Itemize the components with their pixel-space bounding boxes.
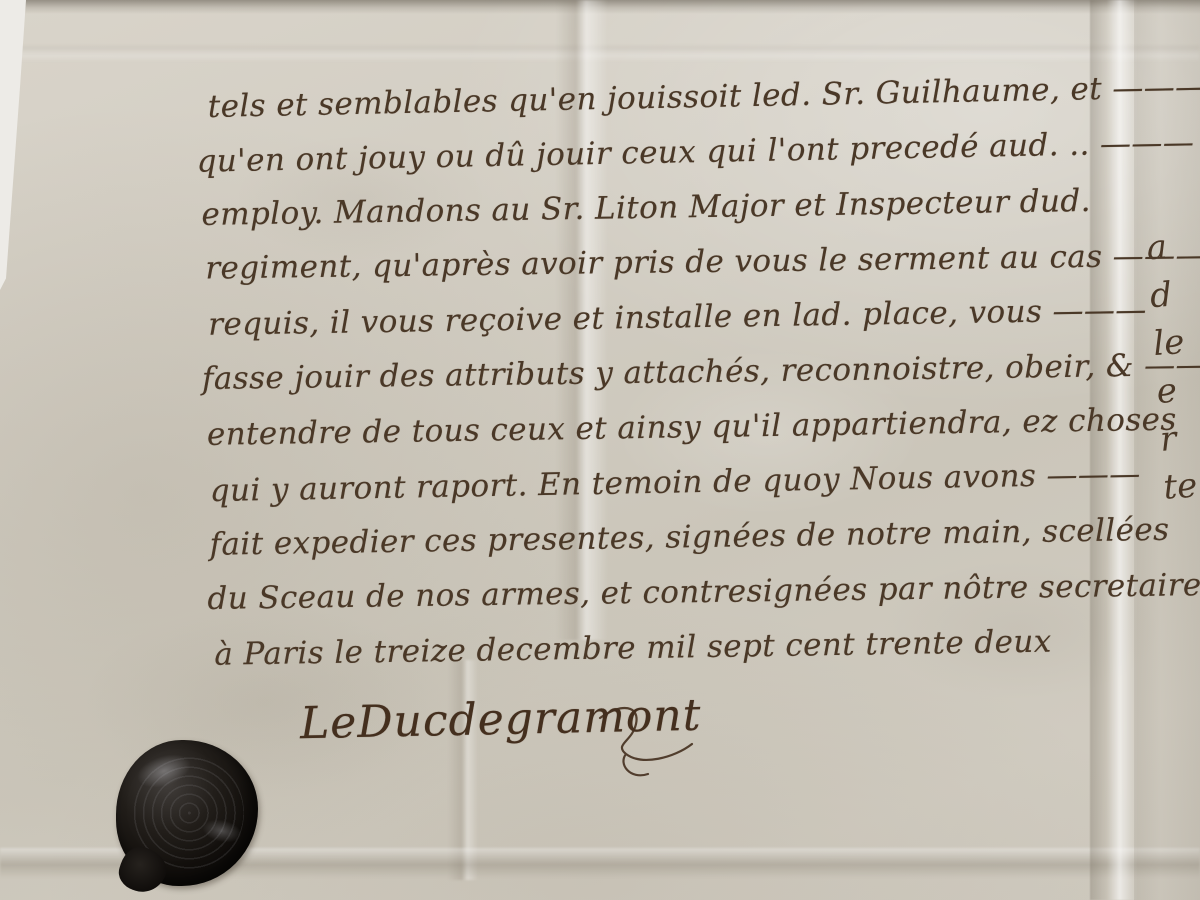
seal-highlight (200, 816, 244, 846)
margin-fragment: a (1145, 220, 1200, 272)
signature-flourish (596, 700, 706, 790)
margin-fragment: te (1162, 460, 1200, 512)
manuscript-paper: tels et semblables qu'en jouissoit led. … (0, 0, 1200, 900)
seal-highlight (133, 748, 196, 794)
manuscript-text: tels et semblables qu'en jouissoit led. … (193, 62, 1200, 683)
manuscript-photo: tels et semblables qu'en jouissoit led. … (0, 0, 1200, 900)
margin-fragment: r (1158, 412, 1200, 464)
fold-crease-vertical-lower (448, 660, 478, 880)
margin-fragment: e (1155, 364, 1200, 416)
margin-fragment: d (1148, 268, 1200, 320)
margin-fragment: le (1152, 316, 1200, 368)
